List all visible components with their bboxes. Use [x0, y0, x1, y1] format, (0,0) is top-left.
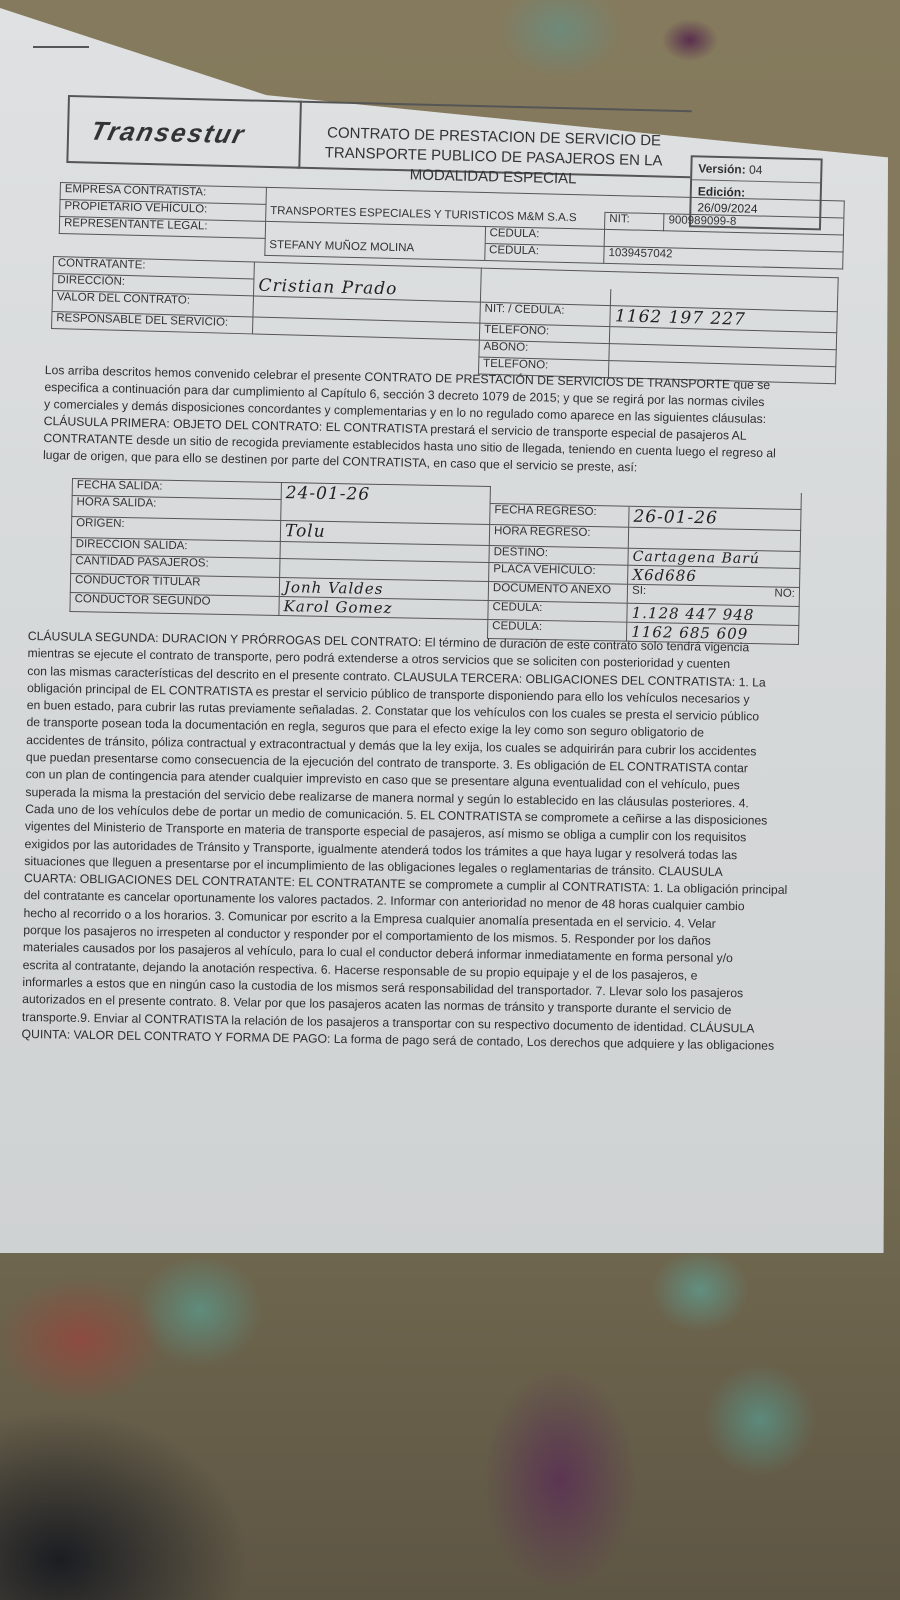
cedula-label-2: CEDULA:: [484, 244, 604, 264]
origen-value: Tolu: [285, 521, 326, 542]
clauses-text: CLÁUSULA SEGUNDA: DURACION Y PRÓRROGAS D…: [21, 628, 819, 1056]
nit-label: NIT:: [605, 212, 665, 230]
no-label: NO:: [774, 588, 795, 600]
segundo-value: Karol Gomez: [283, 597, 392, 617]
intro-paragraph: Los arriba descritos hemos convenido cel…: [43, 362, 835, 481]
nit-cedula-value: 1162 197 227: [615, 306, 746, 330]
cedula-value-titular: 1.128 447 948: [632, 604, 755, 624]
hora-regreso-label: HORA REGRESO:: [489, 525, 629, 549]
contratante-value: Cristian Prado: [258, 276, 397, 300]
version-label: Versión:: [698, 161, 746, 176]
contract-document: Transestur CONTRATO DE PRESTACION DE SER…: [0, 0, 900, 1600]
titular-value: Jonh Valdes: [284, 578, 384, 598]
destino-value: Cartagena Barú: [633, 549, 760, 567]
version-value: 04: [749, 163, 763, 177]
fecha-salida-value: 24-01-26: [286, 483, 371, 505]
pen-mark: [33, 46, 89, 48]
placa-value: X6d686: [632, 566, 697, 585]
fecha-regreso-label: FECHA REGRESO:: [490, 504, 630, 528]
logo-box: Transestur: [66, 95, 302, 169]
document-title: CONTRATO DE PRESTACION DE SERVICIO DE TR…: [298, 123, 689, 193]
trip-table: FECHA SALIDA: 24-01-26 HORA SALIDA: FECH…: [69, 478, 802, 645]
company-logo: Transestur: [87, 116, 248, 151]
fecha-regreso-value: 26-01-26: [633, 507, 718, 529]
si-label: SI:: [632, 585, 646, 597]
